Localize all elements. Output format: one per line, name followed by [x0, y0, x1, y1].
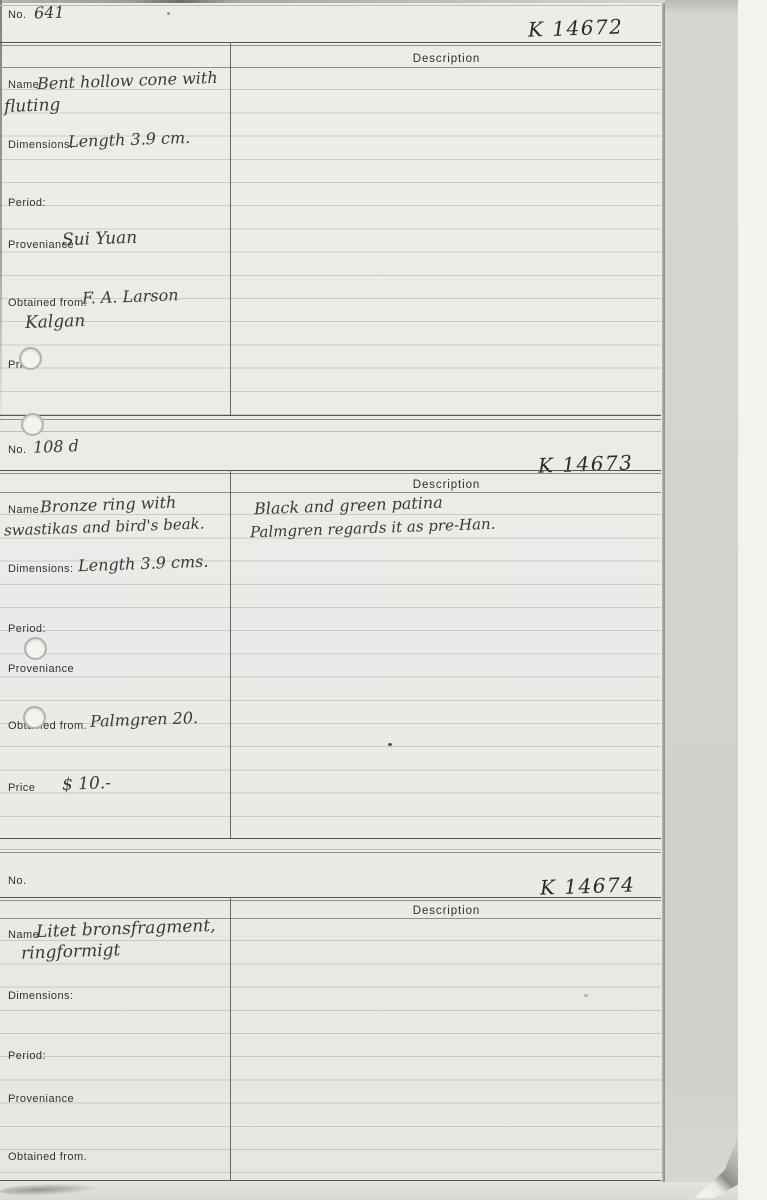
no-value: 641 — [34, 2, 65, 22]
column-divider — [230, 897, 231, 1180]
header-rule-2 — [0, 45, 661, 46]
obtained-from-line2: Kalgan — [25, 311, 86, 333]
catalog-number: K 14674 — [540, 872, 636, 899]
column-divider — [230, 42, 231, 416]
obtained-from-line1: F. A. Larson — [82, 285, 179, 307]
header-rule-2 — [0, 900, 661, 901]
name-value-line2: fluting — [4, 95, 61, 117]
obtained-from-label: Obtained from. — [8, 720, 87, 732]
scan-speck — [584, 994, 588, 997]
price-value: $ 10.- — [62, 773, 112, 795]
card-top-rule — [0, 431, 661, 432]
punch-hole — [23, 706, 46, 729]
proveniance-value: Sui Yuan — [62, 228, 138, 251]
scan-margin — [738, 0, 767, 1200]
period-label: Period: — [8, 623, 46, 635]
obtained-from-label: Obtained from. — [8, 297, 87, 309]
punch-hole — [24, 637, 47, 660]
name-value-line2: ringformigt — [21, 940, 121, 963]
header-rule — [0, 897, 661, 898]
dimensions-label: Dimensions: — [8, 139, 73, 151]
catalog-card-3: No. K 14674 Description Name Litet brons… — [0, 848, 663, 1182]
dimensions-label: Dimensions: — [8, 990, 73, 1002]
no-value: 108 d — [33, 436, 80, 457]
no-label: No. — [8, 9, 26, 21]
catalog-card-1: No. 641 K 14672 Description Name Bent ho… — [0, 0, 663, 424]
name-label: Name — [8, 79, 39, 91]
proveniance-label: Proveniance — [8, 663, 74, 675]
catalog-card-2: No. 108 d K 14673 Description Name Bronz… — [0, 430, 663, 840]
punch-hole — [21, 413, 44, 436]
description-column-header: Description — [230, 905, 663, 917]
description-column-header: Description — [230, 53, 663, 65]
punch-hole — [19, 347, 42, 370]
card-bottom-rule — [0, 415, 661, 416]
card-bottom-rule — [0, 1180, 661, 1181]
underlying-page-edge — [665, 0, 738, 1200]
card-top-rule-2 — [0, 852, 661, 853]
obtained-from-value: Palmgren 20. — [90, 708, 199, 731]
obtained-from-label: Obtained from. — [8, 1151, 87, 1163]
header-rule — [0, 42, 661, 43]
scanned-catalog-page: No. 641 K 14672 Description Name Bent ho… — [0, 0, 767, 1200]
column-divider — [230, 470, 231, 838]
no-label: No. — [8, 444, 26, 456]
price-label: Price — [8, 782, 35, 794]
header-rule — [0, 470, 661, 471]
proveniance-label: Proveniance — [8, 1093, 74, 1105]
no-label: No. — [8, 875, 26, 887]
dimensions-label: Dimensions: — [8, 563, 73, 575]
card-bottom-rule-2 — [0, 419, 661, 420]
description-column-header: Description — [230, 479, 663, 491]
card-top-rule — [0, 5, 661, 6]
scan-speck — [167, 12, 170, 15]
name-label: Name — [8, 504, 39, 516]
period-label: Period: — [8, 197, 46, 209]
scan-bottom-band — [0, 1182, 738, 1200]
scan-speck — [388, 743, 392, 746]
card-top-rule — [0, 849, 661, 850]
card-bottom-rule — [0, 838, 661, 839]
period-label: Period: — [8, 1050, 46, 1062]
name-label: Name — [8, 929, 39, 941]
catalog-number: K 14672 — [528, 14, 624, 41]
header-rule-2 — [0, 473, 661, 474]
